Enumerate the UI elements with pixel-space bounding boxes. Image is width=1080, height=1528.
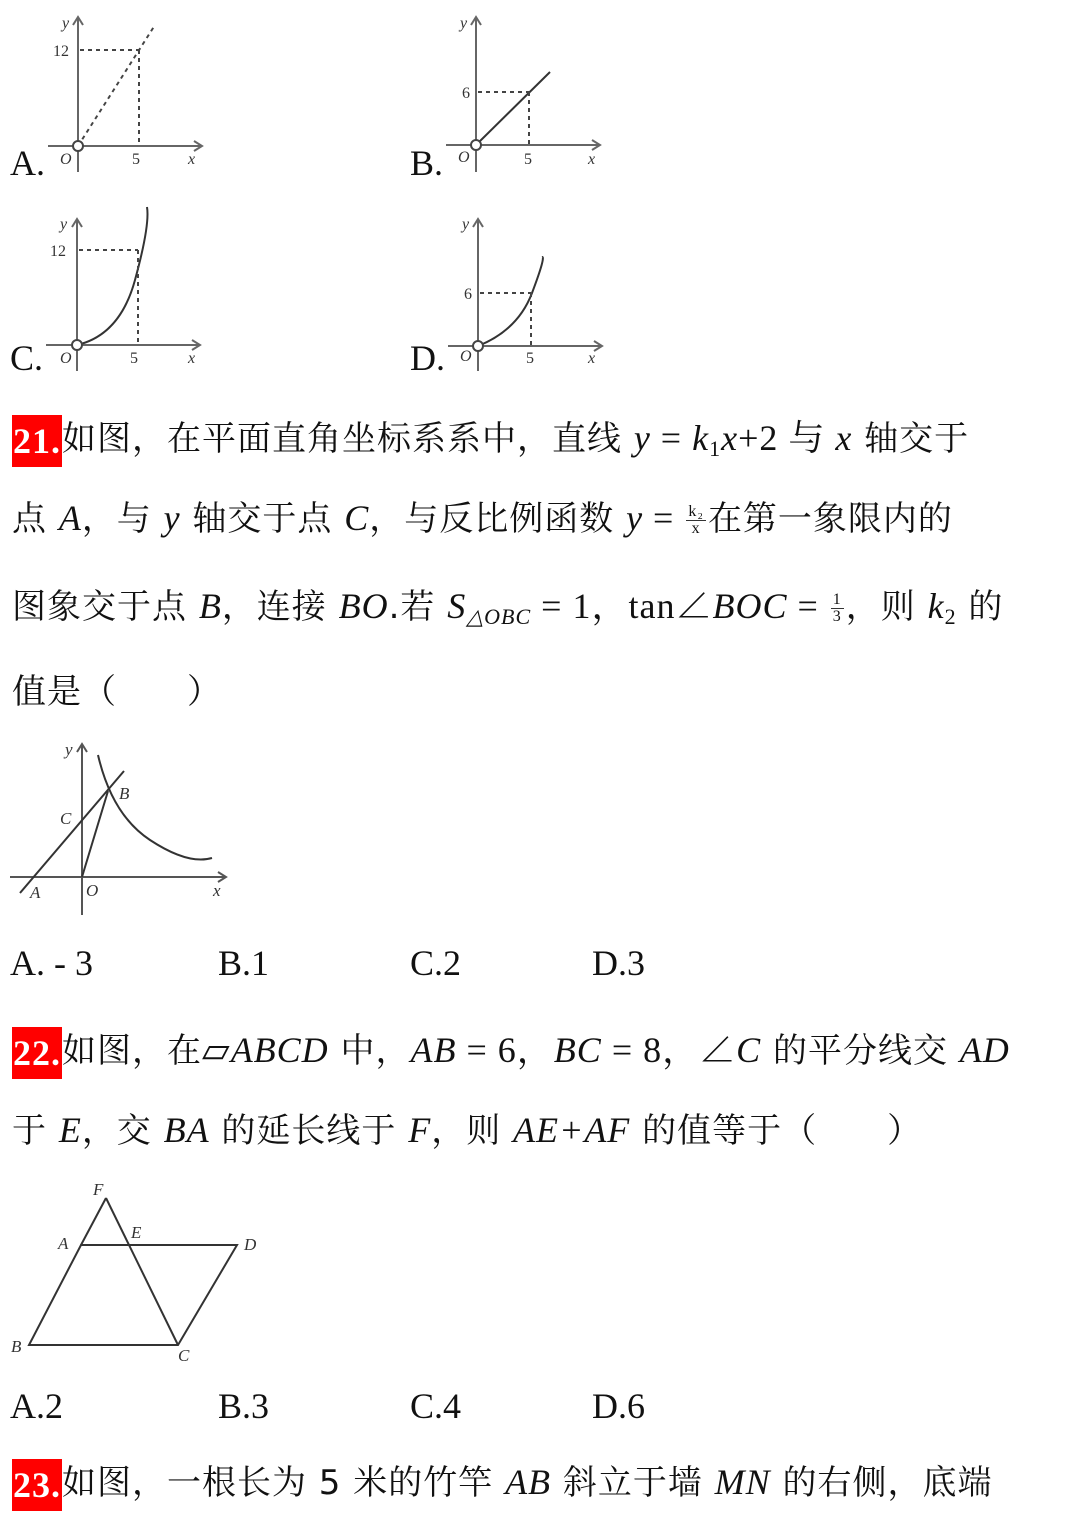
question-number-badge: 21.	[12, 415, 62, 467]
q21-line-3: 图象交于点 B，连接 BO.若 S△OBC = 1，tan∠BOC = 13，则…	[12, 576, 1003, 636]
svg-text:C: C	[60, 809, 72, 828]
svg-text:O: O	[60, 350, 72, 367]
svg-text:5: 5	[524, 151, 532, 168]
svg-text:y: y	[458, 15, 468, 32]
svg-text:E: E	[130, 1223, 142, 1242]
question-number-badge: 22.	[12, 1027, 62, 1079]
option-c-graph: C. 12 5 O x y	[0, 195, 220, 385]
svg-text:x: x	[587, 151, 595, 168]
svg-text:5: 5	[130, 350, 138, 367]
q21-answer-c[interactable]: C.2	[410, 942, 461, 984]
svg-text:O: O	[458, 149, 470, 166]
q21-line-2: 点 A，与 y 轴交于点 C，与反比例函数 y = k₂x在第一象限内的	[12, 488, 953, 548]
q22-line-2: 于 E，交 BA 的延长线于 F，则 AE+AF 的值等于（ ）	[12, 1100, 922, 1160]
svg-text:5: 5	[526, 350, 534, 367]
svg-text:x: x	[187, 151, 195, 168]
svg-text:O: O	[460, 348, 472, 365]
svg-text:B: B	[119, 784, 130, 803]
option-d-graph: D. 6 5 O x y	[400, 195, 620, 385]
svg-text:x: x	[587, 350, 595, 367]
svg-text:F: F	[92, 1180, 104, 1199]
svg-text:6: 6	[464, 286, 472, 303]
svg-text:A: A	[57, 1234, 69, 1253]
option-b-graph: B. 6 5 O x y	[400, 0, 620, 190]
q22-figure-svg: F A E D B C	[0, 1170, 280, 1370]
svg-text:x: x	[212, 881, 221, 900]
q21-figure-svg: y x A O C B	[0, 730, 240, 925]
option-a-graph: A. 12 5 O x y	[0, 0, 220, 190]
q21-line-4: 值是（ ）	[12, 662, 222, 722]
option-a-plot: 12 5 O x y	[0, 0, 220, 190]
q21-answers: A. - 3 B.1 C.2 D.3	[0, 942, 1080, 992]
svg-text:A: A	[29, 883, 41, 902]
svg-text:B: B	[11, 1337, 22, 1356]
svg-text:C: C	[178, 1346, 190, 1365]
q21-answer-b[interactable]: B.1	[218, 942, 269, 984]
option-d-plot: 6 5 O x y	[400, 195, 620, 385]
svg-text:y: y	[60, 15, 70, 32]
parallelogram-symbol: ▱	[202, 1030, 231, 1070]
q21-answer-a[interactable]: A. - 3	[10, 942, 93, 984]
fraction-k2-over-x: k₂x	[686, 504, 706, 537]
svg-text:12: 12	[53, 43, 69, 60]
svg-text:x: x	[187, 350, 195, 367]
q22-answers: A.2 B.3 C.4 D.6	[0, 1385, 1080, 1435]
svg-text:y: y	[63, 740, 73, 759]
q22-answer-b[interactable]: B.3	[218, 1385, 269, 1427]
svg-text:y: y	[58, 216, 68, 233]
svg-text:O: O	[86, 881, 98, 900]
q22-figure: F A E D B C	[0, 1170, 280, 1370]
option-b-plot: 6 5 O x y	[400, 0, 620, 190]
question-number-badge: 23.	[12, 1459, 62, 1511]
svg-text:6: 6	[462, 85, 470, 102]
svg-text:12: 12	[50, 243, 66, 260]
svg-text:5: 5	[132, 151, 140, 168]
svg-text:D: D	[243, 1235, 257, 1254]
q23-line-1: 23.如图，一根长为 5 米的竹竿 AB 斜立于墙 MN 的右侧，底端	[12, 1452, 992, 1512]
q22-line-1: 22.如图，在▱ABCD 中，AB = 6，BC = 8，∠C 的平分线交 AD	[12, 1020, 1010, 1080]
q21-line-1: 21.如图，在平面直角坐标系系中，直线 y = k1x+2 与 x 轴交于	[12, 408, 969, 468]
q21-figure: y x A O C B	[0, 730, 240, 925]
option-c-plot: 12 5 O x y	[0, 195, 220, 385]
fraction-one-third: 13	[831, 592, 844, 625]
svg-text:y: y	[460, 216, 470, 233]
q22-answer-a[interactable]: A.2	[10, 1385, 63, 1427]
q21-answer-d[interactable]: D.3	[592, 942, 645, 984]
svg-text:O: O	[60, 151, 72, 168]
q22-answer-d[interactable]: D.6	[592, 1385, 645, 1427]
q22-answer-c[interactable]: C.4	[410, 1385, 461, 1427]
